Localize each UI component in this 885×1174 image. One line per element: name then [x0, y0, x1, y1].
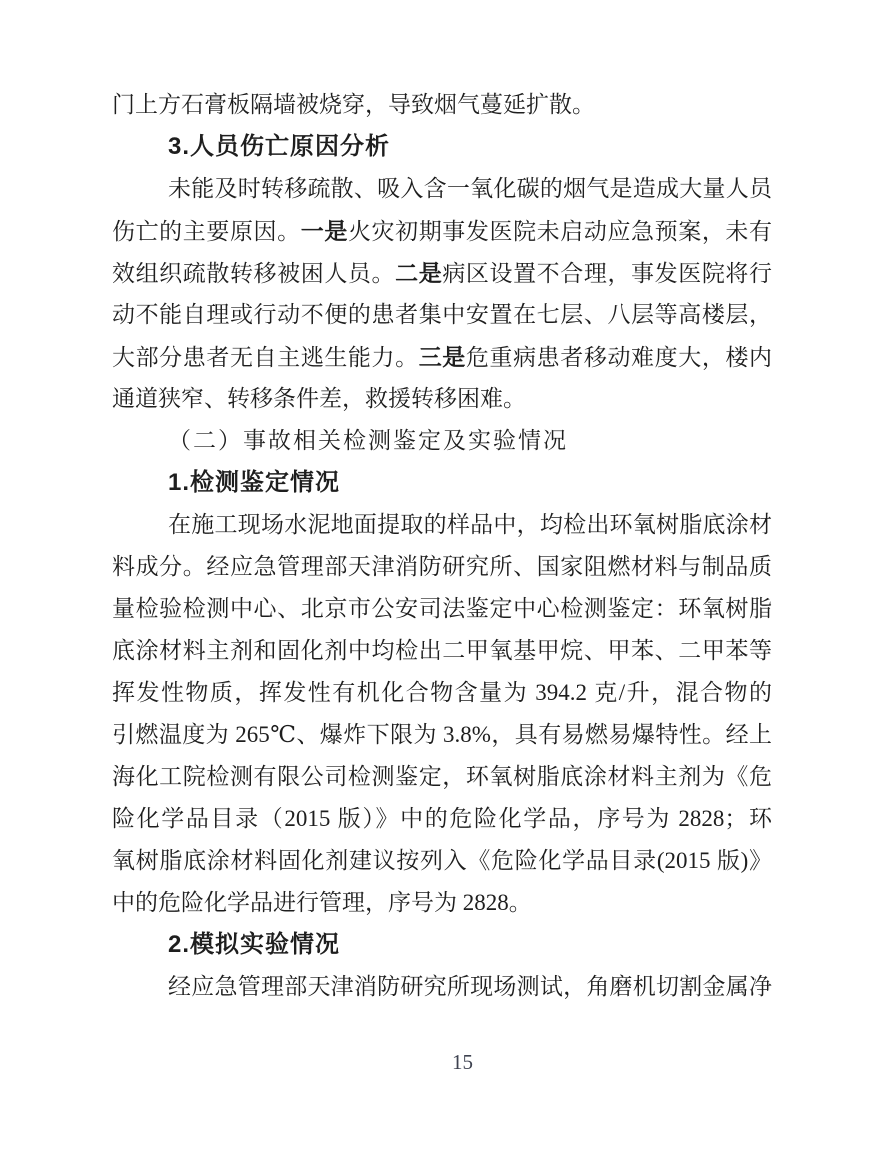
heading-text: 1.检测鉴定情况 [168, 469, 340, 496]
text-segment: 中的危险化学品进行管理，序号为 2828。 [112, 890, 532, 915]
emphasis-segment: 一是 [301, 218, 348, 244]
text-segment: 病区设置不合理，事发医院将行 [442, 261, 772, 286]
text-line: 海化工院检测有限公司检测鉴定，环氧树脂底涂材料主剂为《危 [112, 756, 772, 798]
text-segment: 伤亡的主要原因。 [112, 219, 301, 244]
text-line: 动不能自理或行动不便的患者集中安置在七层、八层等高楼层， [112, 294, 772, 336]
section-heading-simulation-experiment: 2.模拟实验情况 [112, 924, 772, 966]
document-page: 门上方石膏板隔墙被烧穿，导致烟气蔓延扩散。 3.人员伤亡原因分析 未能及时转移疏… [0, 0, 885, 1174]
text-line: 门上方石膏板隔墙被烧穿，导致烟气蔓延扩散。 [112, 84, 772, 126]
text-segment: 海化工院检测有限公司检测鉴定，环氧树脂底涂材料主剂为《危 [112, 764, 772, 789]
text-line: 挥发性物质，挥发性有机化合物含量为 394.2 克/升，混合物的 [112, 672, 772, 714]
heading-text: 3.人员伤亡原因分析 [168, 133, 390, 160]
text-line: 氧树脂底涂材料固化剂建议按列入《危险化学品目录(2015 版)》 [112, 840, 772, 882]
text-segment: 危重病患者移动难度大，楼内 [466, 345, 772, 370]
page-number: 15 [20, 1048, 885, 1076]
text-line: 险化学品目录（2015 版）》中的危险化学品，序号为 2828；环 [112, 798, 772, 840]
text-segment: 险化学品目录（2015 版）》中的危险化学品，序号为 2828；环 [112, 806, 772, 831]
section-heading-casualty-analysis: 3.人员伤亡原因分析 [112, 126, 772, 168]
text-segment: 未能及时转移疏散、吸入含一氧化碳的烟气是造成大量人员 [168, 176, 772, 201]
text-line: 在施工现场水泥地面提取的样品中，均检出环氧树脂底涂材 [112, 504, 772, 546]
text-line: 料成分。经应急管理部天津消防研究所、国家阻燃材料与制品质 [112, 546, 772, 588]
text-line: 未能及时转移疏散、吸入含一氧化碳的烟气是造成大量人员 [112, 168, 772, 210]
section-heading-testing-appraisal: 1.检测鉴定情况 [112, 462, 772, 504]
subsection-heading-inspection: （二）事故相关检测鉴定及实验情况 [112, 420, 772, 462]
text-segment: 料成分。经应急管理部天津消防研究所、国家阻燃材料与制品质 [112, 554, 772, 579]
text-line: 伤亡的主要原因。一是火灾初期事发医院未启动应急预案，未有 [112, 210, 772, 252]
text-line: 引燃温度为 265℃、爆炸下限为 3.8%，具有易燃易爆特性。经上 [112, 714, 772, 756]
text-line: 大部分患者无自主逃生能力。三是危重病患者移动难度大，楼内 [112, 336, 772, 378]
text-line: 量检验检测中心、北京市公安司法鉴定中心检测鉴定：环氧树脂 [112, 588, 772, 630]
document-body: 门上方石膏板隔墙被烧穿，导致烟气蔓延扩散。 3.人员伤亡原因分析 未能及时转移疏… [112, 84, 772, 1008]
text-segment: 门上方石膏板隔墙被烧穿，导致烟气蔓延扩散。 [112, 92, 595, 117]
text-segment: 量检验检测中心、北京市公安司法鉴定中心检测鉴定：环氧树脂 [112, 596, 772, 621]
text-line: 通道狭窄、转移条件差，救援转移困难。 [112, 378, 772, 420]
heading-text: 2.模拟实验情况 [168, 931, 340, 958]
text-segment: 挥发性物质，挥发性有机化合物含量为 394.2 克/升，混合物的 [112, 680, 772, 705]
text-segment: 氧树脂底涂材料固化剂建议按列入《危险化学品目录(2015 版)》 [112, 848, 772, 873]
text-segment: 在施工现场水泥地面提取的样品中，均检出环氧树脂底涂材 [168, 512, 772, 537]
text-segment: 大部分患者无自主逃生能力。 [112, 345, 419, 370]
text-segment: 底涂材料主剂和固化剂中均检出二甲氧基甲烷、甲苯、二甲苯等 [112, 638, 772, 663]
text-line: 经应急管理部天津消防研究所现场测试，角磨机切割金属净 [112, 966, 772, 1008]
text-segment: 引燃温度为 265℃、爆炸下限为 3.8%，具有易燃易爆特性。经上 [112, 722, 772, 747]
emphasis-segment: 二是 [395, 260, 442, 286]
text-segment: 效组织疏散转移被困人员。 [112, 261, 395, 286]
text-segment: 通道狭窄、转移条件差，救援转移困难。 [112, 386, 526, 411]
text-line: 中的危险化学品进行管理，序号为 2828。 [112, 882, 772, 924]
text-line: 效组织疏散转移被困人员。二是病区设置不合理，事发医院将行 [112, 252, 772, 294]
text-line: 底涂材料主剂和固化剂中均检出二甲氧基甲烷、甲苯、二甲苯等 [112, 630, 772, 672]
text-segment: 火灾初期事发医院未启动应急预案，未有 [348, 219, 772, 244]
text-segment: 经应急管理部天津消防研究所现场测试，角磨机切割金属净 [168, 974, 772, 999]
text-segment: 动不能自理或行动不便的患者集中安置在七层、八层等高楼层， [112, 302, 772, 327]
heading-text: （二）事故相关检测鉴定及实验情况 [168, 428, 568, 453]
emphasis-segment: 三是 [419, 344, 466, 370]
